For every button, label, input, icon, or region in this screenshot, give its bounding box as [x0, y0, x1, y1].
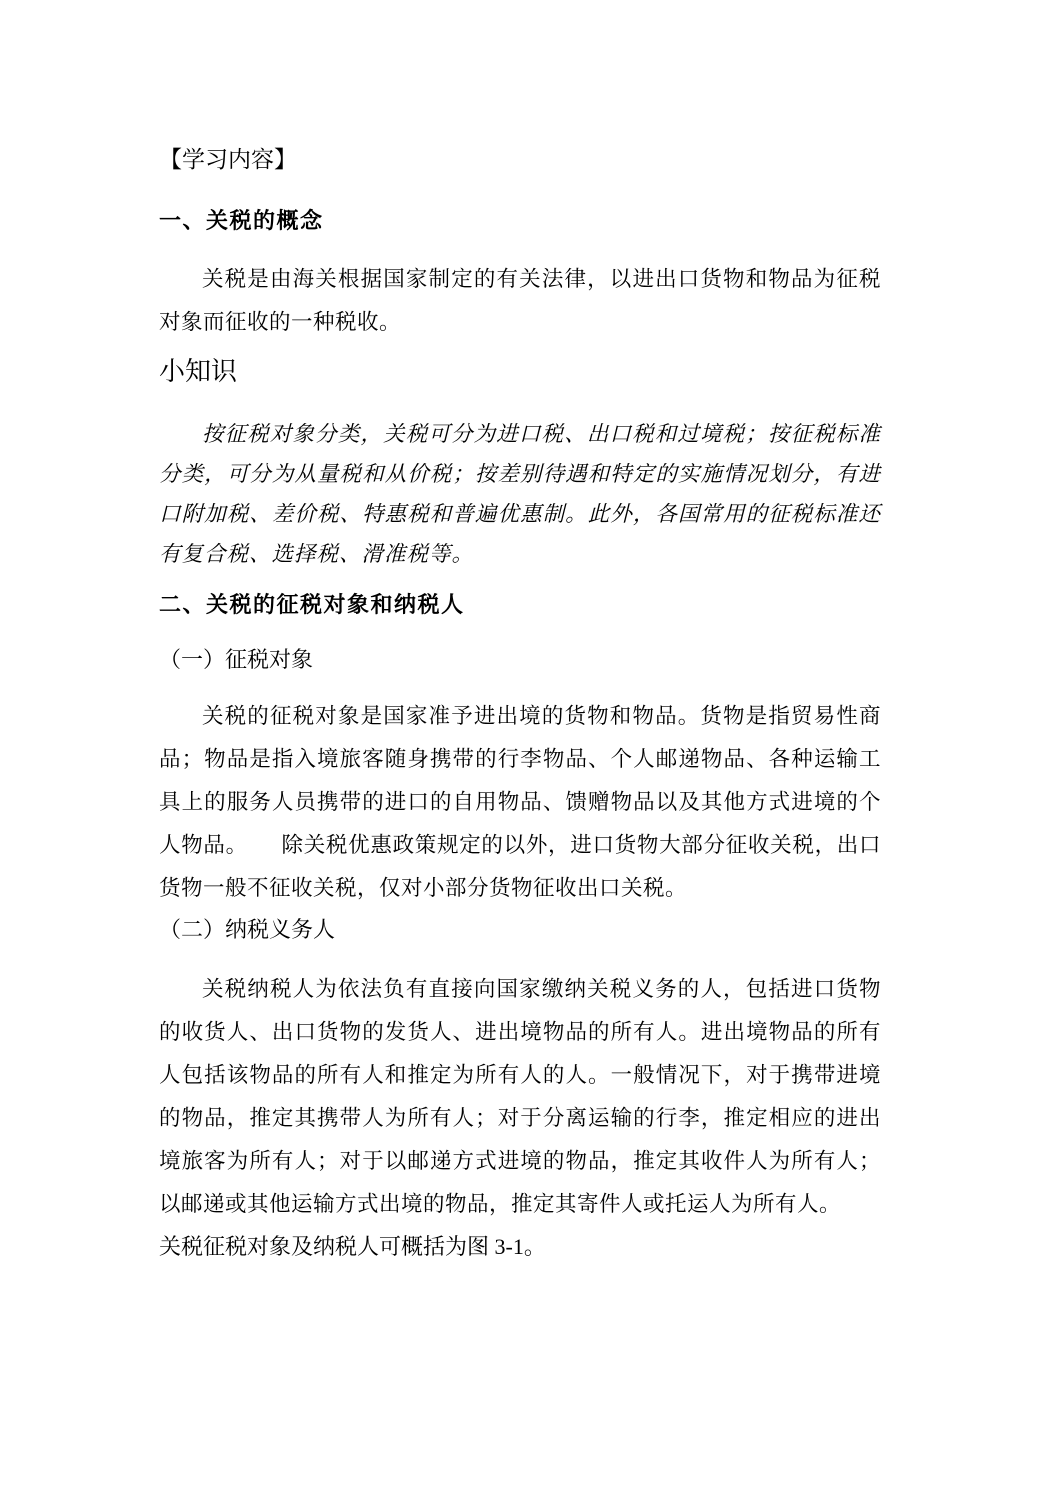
- para-tax-object: 关税的征税对象是国家准予进出境的货物和物品。货物是指贸易性商品；物品是指入境旅客…: [159, 695, 881, 910]
- document-content: 【学习内容】 一、关税的概念 关税是由海关根据国家制定的有关法律，以进出口货物和…: [159, 0, 881, 1262]
- heading-tariff-concept: 一、关税的概念: [159, 206, 881, 236]
- heading-tax-objects-and-taxpayers: 二、关税的征税对象和纳税人: [159, 590, 881, 620]
- figure-reference: 关税征税对象及纳税人可概括为图 3-1。: [159, 1232, 881, 1262]
- tip-body: 按征税对象分类，关税可分为进口税、出口税和过境税；按征税标准分类，可分为从量税和…: [159, 414, 881, 574]
- document-page: 【学习内容】 一、关税的概念 关税是由海关根据国家制定的有关法律，以进出口货物和…: [0, 0, 1059, 1497]
- subheading-tax-object: （一）征税对象: [159, 645, 881, 675]
- para-taxpayer: 关税纳税人为依法负有直接向国家缴纳关税义务的人，包括进口货物的收货人、出口货物的…: [159, 968, 881, 1226]
- section-tag-learning-content: 【学习内容】: [159, 146, 881, 174]
- subheading-taxpayer: （二）纳税义务人: [159, 915, 881, 945]
- tip-title: 小知识: [159, 354, 881, 388]
- para-tariff-definition: 关税是由海关根据国家制定的有关法律，以进出口货物和物品为征税对象而征收的一种税收…: [159, 258, 881, 344]
